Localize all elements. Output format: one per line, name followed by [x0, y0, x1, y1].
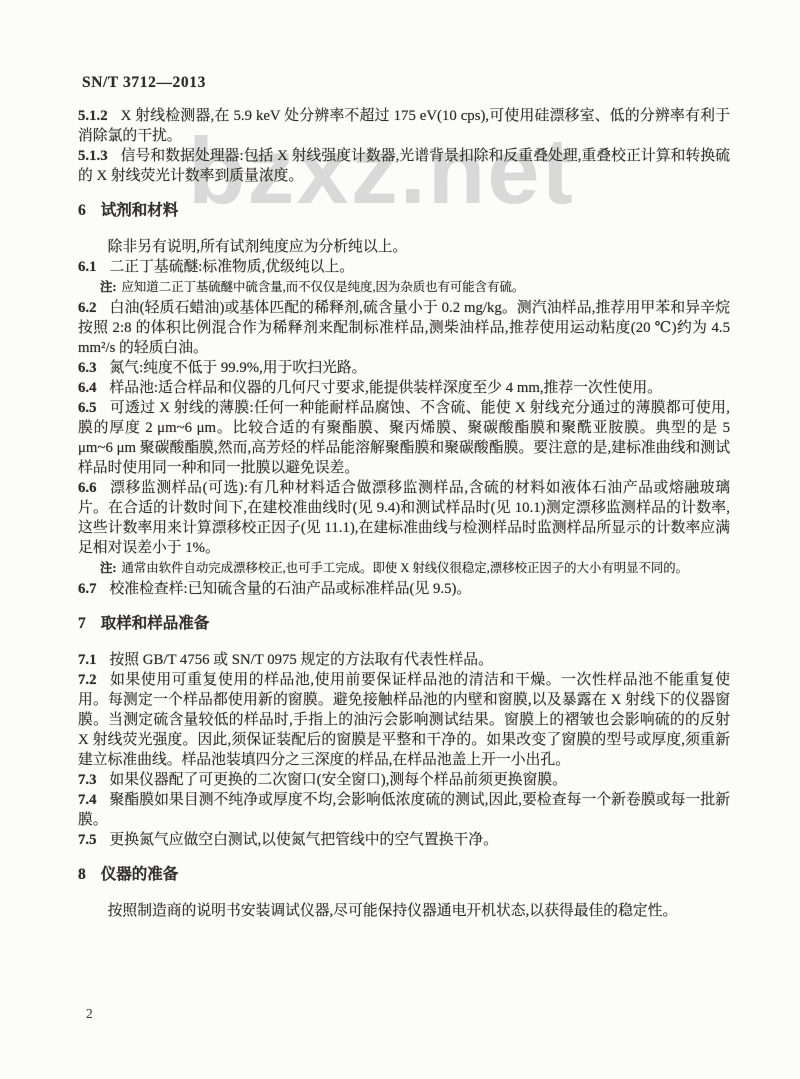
- clause-text: 白油(轻质石蜡油)或基体匹配的稀释剂,硫含量小于 0.2 mg/kg。测汽油样品…: [78, 300, 730, 356]
- clause-text: 氮气:纯度不低于 99.9%,用于吹扫光路。: [110, 360, 367, 376]
- clause-number: 7.5: [78, 832, 110, 848]
- clause-text: 如果仪器配了可更换的二次窗口(安全窗口),测每个样品前须更换窗膜。: [110, 772, 567, 788]
- clause-text: 二正丁基硫醚:标准物质,优级纯以上。: [110, 259, 355, 275]
- document-body: 5.1.2X 射线检测器,在 5.9 keV 处分辨率不超过 175 eV(10…: [78, 106, 730, 921]
- scanned-document-page: bzxz.net SN/T 3712—2013 5.1.2X 射线检测器,在 5…: [0, 0, 800, 1079]
- section-number: 7: [78, 615, 101, 632]
- clause-6-2: 6.2白油(轻质石蜡油)或基体匹配的稀释剂,硫含量小于 0.2 mg/kg。测汽…: [78, 298, 730, 358]
- clause-5-1-2: 5.1.2X 射线检测器,在 5.9 keV 处分辨率不超过 175 eV(10…: [78, 106, 730, 146]
- clause-number: 6.6: [78, 480, 110, 496]
- page-number: 2: [86, 1006, 93, 1022]
- clause-number: 7.1: [78, 652, 110, 668]
- section-heading-6: 6试剂和材料: [78, 201, 730, 221]
- section-number: 6: [78, 202, 101, 219]
- clause-number: 6.3: [78, 360, 110, 376]
- intro-paragraph-instrument: 按照制造商的说明书安装调试仪器,尽可能保持仪器通电开机状态,以获得最佳的稳定性。: [78, 901, 730, 921]
- clause-text: 漂移监测样品(可选):有几种材料适合做漂移监测样品,含硫的材料如液体石油产品或熔…: [78, 480, 730, 556]
- clause-text: 可透过 X 射线的薄膜:任何一种能耐样品腐蚀、不含硫、能使 X 射线充分通过的薄…: [78, 400, 730, 476]
- clause-number: 7.3: [78, 772, 110, 788]
- clause-number: 5.1.3: [78, 148, 121, 164]
- clause-7-3: 7.3如果仪器配了可更换的二次窗口(安全窗口),测每个样品前须更换窗膜。: [78, 770, 730, 790]
- section-title: 试剂和材料: [101, 202, 179, 219]
- clause-7-2: 7.2如果使用可重复使用的样品池,使用前要保证样品池的清洁和干燥。一次性样品池不…: [78, 670, 730, 770]
- clause-number: 5.1.2: [78, 108, 121, 124]
- note-text: 应知道二正丁基硫醚中硫含量,而不仅仅是纯度,因为杂质也有可能含有硫。: [122, 280, 525, 294]
- clause-6-1: 6.1二正丁基硫醚:标准物质,优级纯以上。: [78, 257, 730, 277]
- standard-number-header: SN/T 3712—2013: [82, 74, 206, 92]
- clause-number: 6.4: [78, 380, 110, 396]
- clause-7-4: 7.4聚酯膜如果目测不纯净或厚度不均,会影响低浓度硫的测试,因此,要检查每一个新…: [78, 790, 730, 830]
- section-title: 取样和样品准备: [101, 615, 210, 632]
- clause-text: 更换氮气应做空白测试,以使氮气把管线中的空气置换干净。: [110, 832, 498, 848]
- clause-text: 按照 GB/T 4756 或 SN/T 0975 规定的方法取有代表性样品。: [110, 652, 493, 668]
- note-6-6: 注:通常由软件自动完成漂移校正,也可手工完成。即使 X 射线仪很稳定,漂移校正因…: [78, 559, 730, 577]
- clause-number: 7.4: [78, 792, 110, 808]
- clause-text: 信号和数据处理器:包括 X 射线强度计数器,光谱背景扣除和反重叠处理,重叠校正计…: [78, 148, 730, 184]
- clause-6-4: 6.4样品池:适合样品和仪器的几何尺寸要求,能提供装样深度至少 4 mm,推荐一…: [78, 378, 730, 398]
- section-heading-7: 7取样和样品准备: [78, 614, 730, 634]
- clause-5-1-3: 5.1.3信号和数据处理器:包括 X 射线强度计数器,光谱背景扣除和反重叠处理,…: [78, 146, 730, 186]
- clause-number: 6.1: [78, 259, 110, 275]
- note-label: 注:: [100, 561, 122, 575]
- clause-text: 聚酯膜如果目测不纯净或厚度不均,会影响低浓度硫的测试,因此,要检查每一个新卷膜或…: [78, 792, 730, 828]
- section-number: 8: [78, 866, 101, 883]
- note-text: 通常由软件自动完成漂移校正,也可手工完成。即使 X 射线仪很稳定,漂移校正因子的…: [122, 561, 689, 575]
- clause-number: 7.2: [78, 672, 110, 688]
- clause-text: 校准检查样:已知硫含量的石油产品或标准样品(见 9.5)。: [110, 581, 472, 597]
- note-label: 注:: [100, 280, 122, 294]
- clause-6-6: 6.6漂移监测样品(可选):有几种材料适合做漂移监测样品,含硫的材料如液体石油产…: [78, 478, 730, 558]
- section-heading-8: 8仪器的准备: [78, 865, 730, 885]
- clause-text: X 射线检测器,在 5.9 keV 处分辨率不超过 175 eV(10 cps)…: [78, 108, 730, 144]
- clause-number: 6.5: [78, 400, 110, 416]
- clause-text: 样品池:适合样品和仪器的几何尺寸要求,能提供装样深度至少 4 mm,推荐一次性使…: [110, 380, 662, 396]
- clause-number: 6.7: [78, 581, 110, 597]
- clause-7-1: 7.1按照 GB/T 4756 或 SN/T 0975 规定的方法取有代表性样品…: [78, 650, 730, 670]
- clause-6-7: 6.7校准检查样:已知硫含量的石油产品或标准样品(见 9.5)。: [78, 579, 730, 599]
- clause-7-5: 7.5更换氮气应做空白测试,以使氮气把管线中的空气置换干净。: [78, 830, 730, 850]
- clause-6-5: 6.5可透过 X 射线的薄膜:任何一种能耐样品腐蚀、不含硫、能使 X 射线充分通…: [78, 398, 730, 478]
- clause-number: 6.2: [78, 300, 110, 316]
- section-title: 仪器的准备: [101, 866, 179, 883]
- note-6-1: 注:应知道二正丁基硫醚中硫含量,而不仅仅是纯度,因为杂质也有可能含有硫。: [78, 278, 730, 296]
- clause-6-3: 6.3氮气:纯度不低于 99.9%,用于吹扫光路。: [78, 358, 730, 378]
- clause-text: 如果使用可重复使用的样品池,使用前要保证样品池的清洁和干燥。一次性样品池不能重复…: [78, 672, 730, 768]
- intro-paragraph-reagents: 除非另有说明,所有试剂纯度应为分析纯以上。: [78, 237, 730, 257]
- scan-artifact: :: [548, 903, 551, 915]
